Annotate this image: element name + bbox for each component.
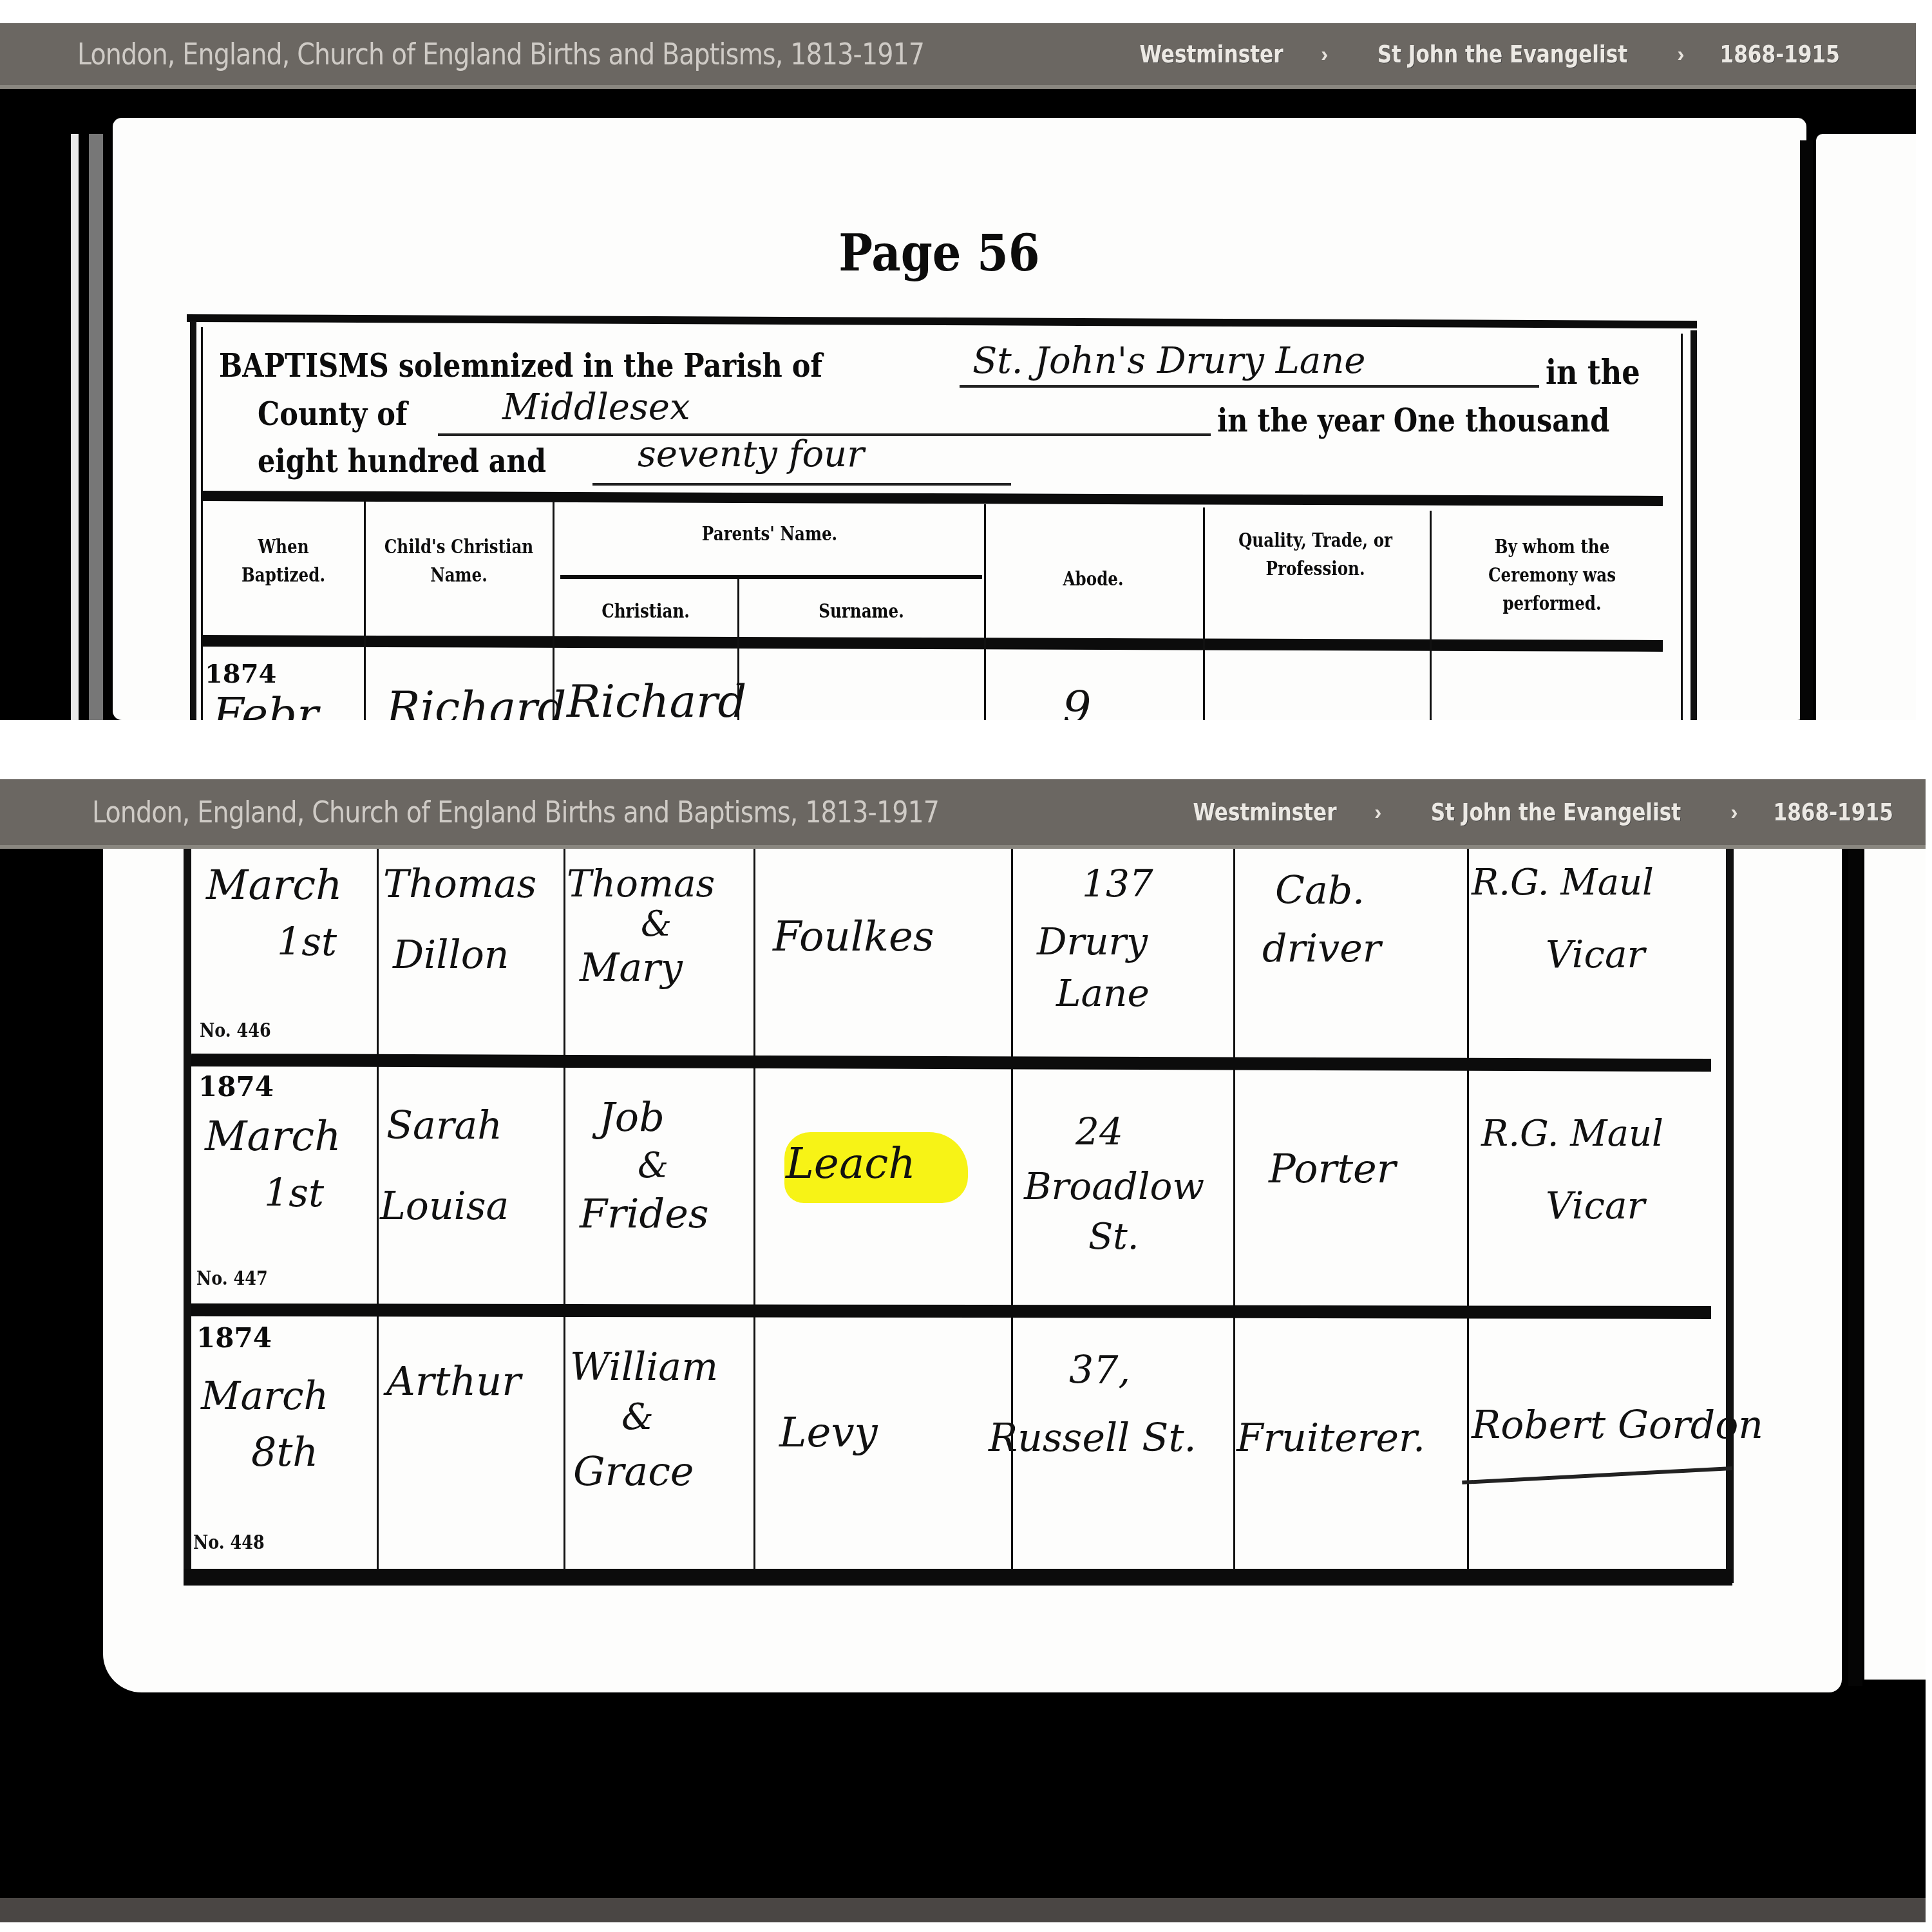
partial-entry-parents: Richard: [567, 675, 746, 720]
entry-parents: Thomas: [567, 862, 715, 905]
form-line-1-suffix: in the: [1546, 353, 1640, 392]
entry-child-name-2: Louisa: [380, 1184, 509, 1229]
entry-number: No. 447: [196, 1267, 268, 1290]
breadcrumb-years[interactable]: 1868-1915: [1773, 798, 1893, 826]
entry-abode-2: Russell St.: [989, 1416, 1197, 1461]
form-line-1: BAPTISMS solemnized in the Parish of: [219, 346, 822, 384]
entry-date-day: 1st: [264, 1171, 324, 1216]
breadcrumb: Westminster › St John the Evangelist › 1…: [1177, 779, 1906, 845]
entry-parents-and: &: [638, 1145, 668, 1186]
record-image-top[interactable]: Page 56 BAPTISMS solemnized in the Paris…: [0, 89, 1916, 720]
breadcrumb: Westminster › St John the Evangelist › 1…: [1124, 23, 1853, 85]
entry-child-name: Arthur: [386, 1358, 521, 1405]
entry-number: No. 448: [193, 1531, 265, 1554]
breadcrumb-westminster[interactable]: Westminster: [1193, 798, 1336, 826]
collection-title-link[interactable]: London, England, Church of England Birth…: [92, 795, 939, 829]
col-when-baptized: When Baptized.: [225, 533, 341, 590]
entry-date-day: 1st: [277, 920, 337, 965]
partial-entry-abode: 9: [1063, 681, 1092, 720]
chevron-right-icon: ›: [1321, 42, 1328, 67]
entry-parents-and: &: [621, 1396, 654, 1438]
entry-number: No. 446: [200, 1019, 271, 1042]
breadcrumb-parish[interactable]: St John the Evangelist: [1378, 40, 1628, 68]
partial-entry-child: Richard: [386, 681, 566, 720]
entry-parents-2: Grace: [573, 1448, 694, 1495]
entry-abode: 24: [1075, 1110, 1123, 1153]
viewer-panel-bottom: London, England, Church of England Birth…: [0, 779, 1926, 1922]
collection-title-link[interactable]: London, England, Church of England Birth…: [77, 37, 924, 71]
page-number: Page 56: [838, 224, 1039, 283]
record-header-bar: London, England, Church of England Birth…: [0, 779, 1926, 849]
col-quality: Quality, Trade, or Profession.: [1224, 527, 1406, 583]
entry-abode-3: Lane: [1056, 971, 1150, 1015]
entry-surname: Foulkes: [773, 913, 934, 961]
parish-handwritten: St. John's Drury Lane: [972, 340, 1365, 382]
entry-parents: Job: [599, 1094, 665, 1141]
form-line-2-prefix: County of: [258, 395, 407, 433]
entry-date: March: [205, 1113, 341, 1160]
form-line-2-suffix: in the year One thousand: [1217, 401, 1609, 439]
entry-officiant: R.G. Maul: [1481, 1113, 1663, 1155]
year-handwritten: seventy four: [638, 433, 864, 475]
chevron-right-icon: ›: [1730, 800, 1738, 825]
entry-parents-and: &: [641, 904, 672, 944]
partial-entry-year: 1874: [205, 659, 276, 689]
entry-officiant-title: Vicar: [1546, 1184, 1645, 1227]
entry-surname: Levy: [779, 1409, 878, 1457]
breadcrumb-westminster[interactable]: Westminster: [1139, 40, 1283, 68]
col-abode: Abode.: [1005, 565, 1182, 594]
county-handwritten: Middlesex: [502, 386, 690, 428]
entry-officiant: R.G. Maul: [1472, 862, 1654, 904]
viewer-panel-top: London, England, Church of England Birth…: [0, 23, 1916, 720]
entry-quality: Cab.: [1275, 868, 1365, 913]
entry-abode-3: St.: [1088, 1216, 1139, 1258]
entry-quality: Fruiterer.: [1236, 1416, 1425, 1461]
col-childs-name: Child's Christian Name.: [384, 533, 535, 590]
entry-child-name: Thomas: [383, 862, 536, 907]
entry-parents: William: [570, 1345, 718, 1390]
entry-date: March: [206, 862, 342, 909]
entry-abode-2: Drury: [1037, 920, 1148, 963]
entry-year: 1874: [198, 1071, 274, 1103]
entry-parents-2: Frides: [580, 1190, 709, 1237]
entry-quality-2: driver: [1262, 926, 1381, 971]
entry-date: March: [201, 1374, 328, 1419]
record-image-bottom[interactable]: March 1st No. 446 Thomas Dillon Thomas &…: [0, 849, 1926, 1886]
entry-quality: Porter: [1269, 1145, 1396, 1192]
entry-year: 1874: [196, 1322, 272, 1354]
breadcrumb-years[interactable]: 1868-1915: [1719, 40, 1839, 68]
chevron-right-icon: ›: [1677, 42, 1684, 67]
entry-child-name: Sarah: [386, 1103, 502, 1148]
form-line-3-prefix: eight hundred and: [258, 442, 546, 480]
col-parents-surname: Surname.: [762, 598, 961, 626]
entry-abode-2: Broadlow: [1024, 1164, 1204, 1208]
entry-abode: 137: [1082, 862, 1153, 905]
record-header-bar: London, England, Church of England Birth…: [0, 23, 1916, 89]
entry-child-name-2: Dillon: [393, 933, 509, 978]
col-by-whom: By whom the Ceremony was performed.: [1452, 533, 1653, 618]
entry-officiant-title: Vicar: [1546, 933, 1645, 976]
entry-date-day: 8th: [251, 1428, 318, 1475]
chevron-right-icon: ›: [1374, 800, 1381, 825]
entry-parents-2: Mary: [580, 945, 683, 990]
entry-abode: 37,: [1069, 1348, 1130, 1393]
viewer-bottom-bar: [0, 1898, 1926, 1922]
entry-surname-highlighted: Leach: [786, 1139, 916, 1188]
partial-entry-date: Febr...: [213, 688, 357, 720]
col-parents-name: Parents' Name.: [598, 520, 942, 549]
entry-officiant: Robert Gordon: [1472, 1403, 1763, 1448]
col-parents-christian: Christian.: [571, 598, 721, 626]
breadcrumb-parish[interactable]: St John the Evangelist: [1431, 798, 1681, 826]
